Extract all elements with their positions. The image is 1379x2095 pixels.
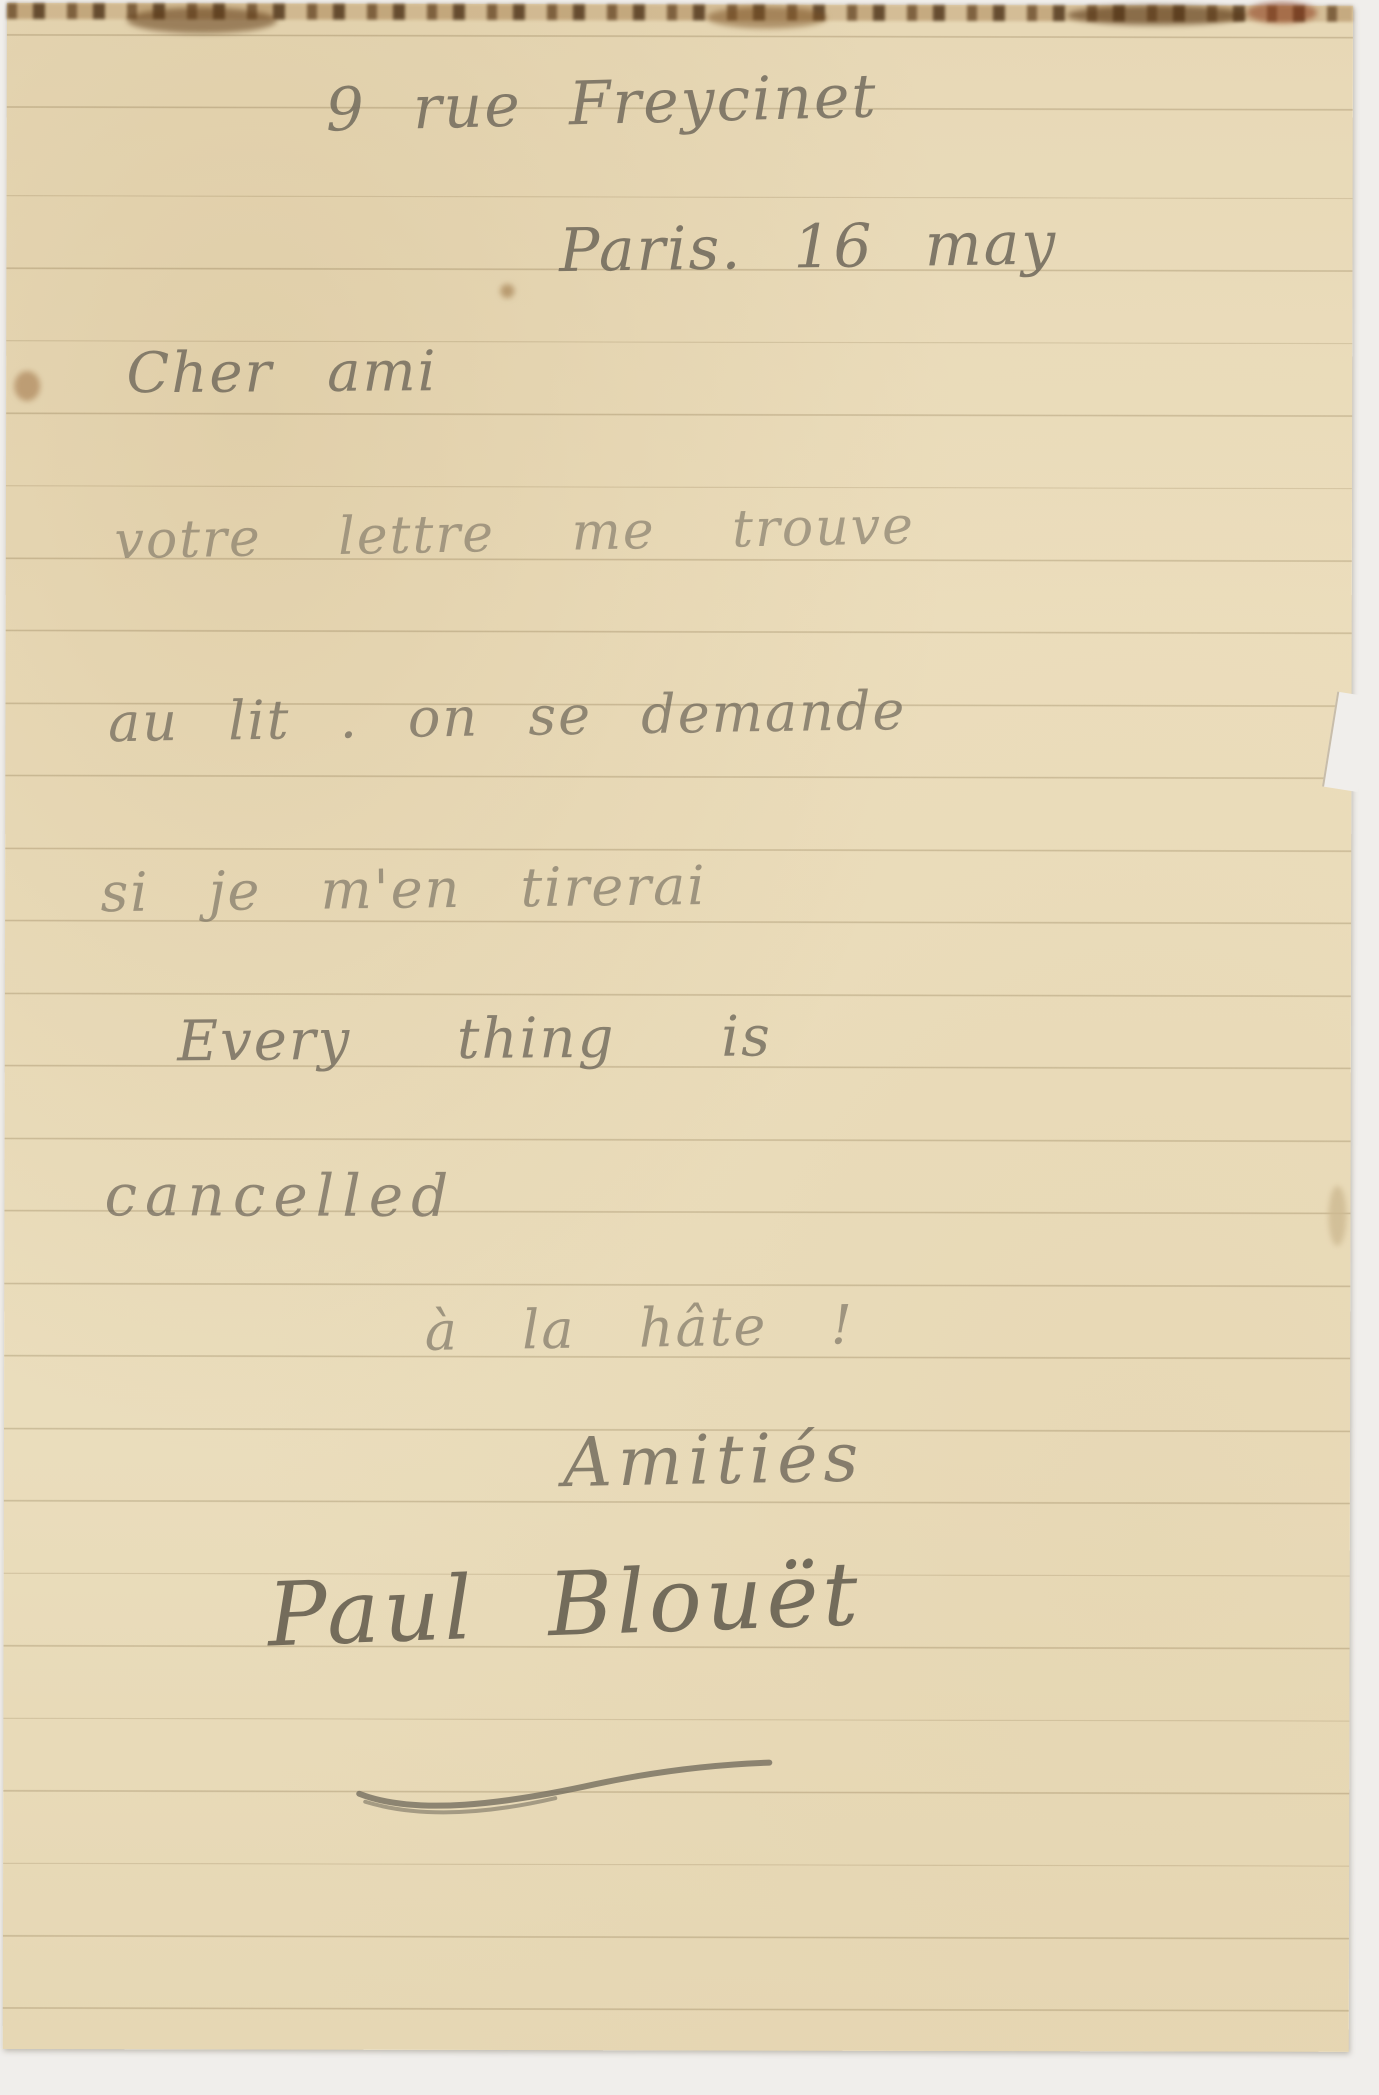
body-line: si je m'en tirerai (100, 854, 707, 924)
body-line: à la hâte ! (424, 1293, 854, 1363)
stain (14, 371, 40, 401)
body-line: cancelled (104, 1161, 456, 1230)
body-line: au lit . on se demande (108, 679, 907, 754)
address-line: 9 rue Freycinet (325, 61, 879, 145)
dateline: Paris. 16 may (559, 209, 1058, 287)
stain (127, 7, 277, 33)
signature: Paul Blouët (266, 1542, 864, 1667)
stain (1328, 1186, 1346, 1246)
signature-flourish-underline (355, 1746, 775, 1817)
stain (1247, 2, 1317, 24)
body-line: Every thing is (177, 1004, 772, 1074)
salutation: Cher ami (126, 339, 437, 406)
stain (707, 6, 827, 28)
closing: Amitiés (562, 1418, 865, 1503)
stain (500, 284, 514, 298)
scanned-letter-photo: 9 rue Freycinet Paris. 16 may Cher ami v… (0, 0, 1379, 2095)
letter-paper: 9 rue Freycinet Paris. 16 may Cher ami v… (3, 3, 1353, 2052)
